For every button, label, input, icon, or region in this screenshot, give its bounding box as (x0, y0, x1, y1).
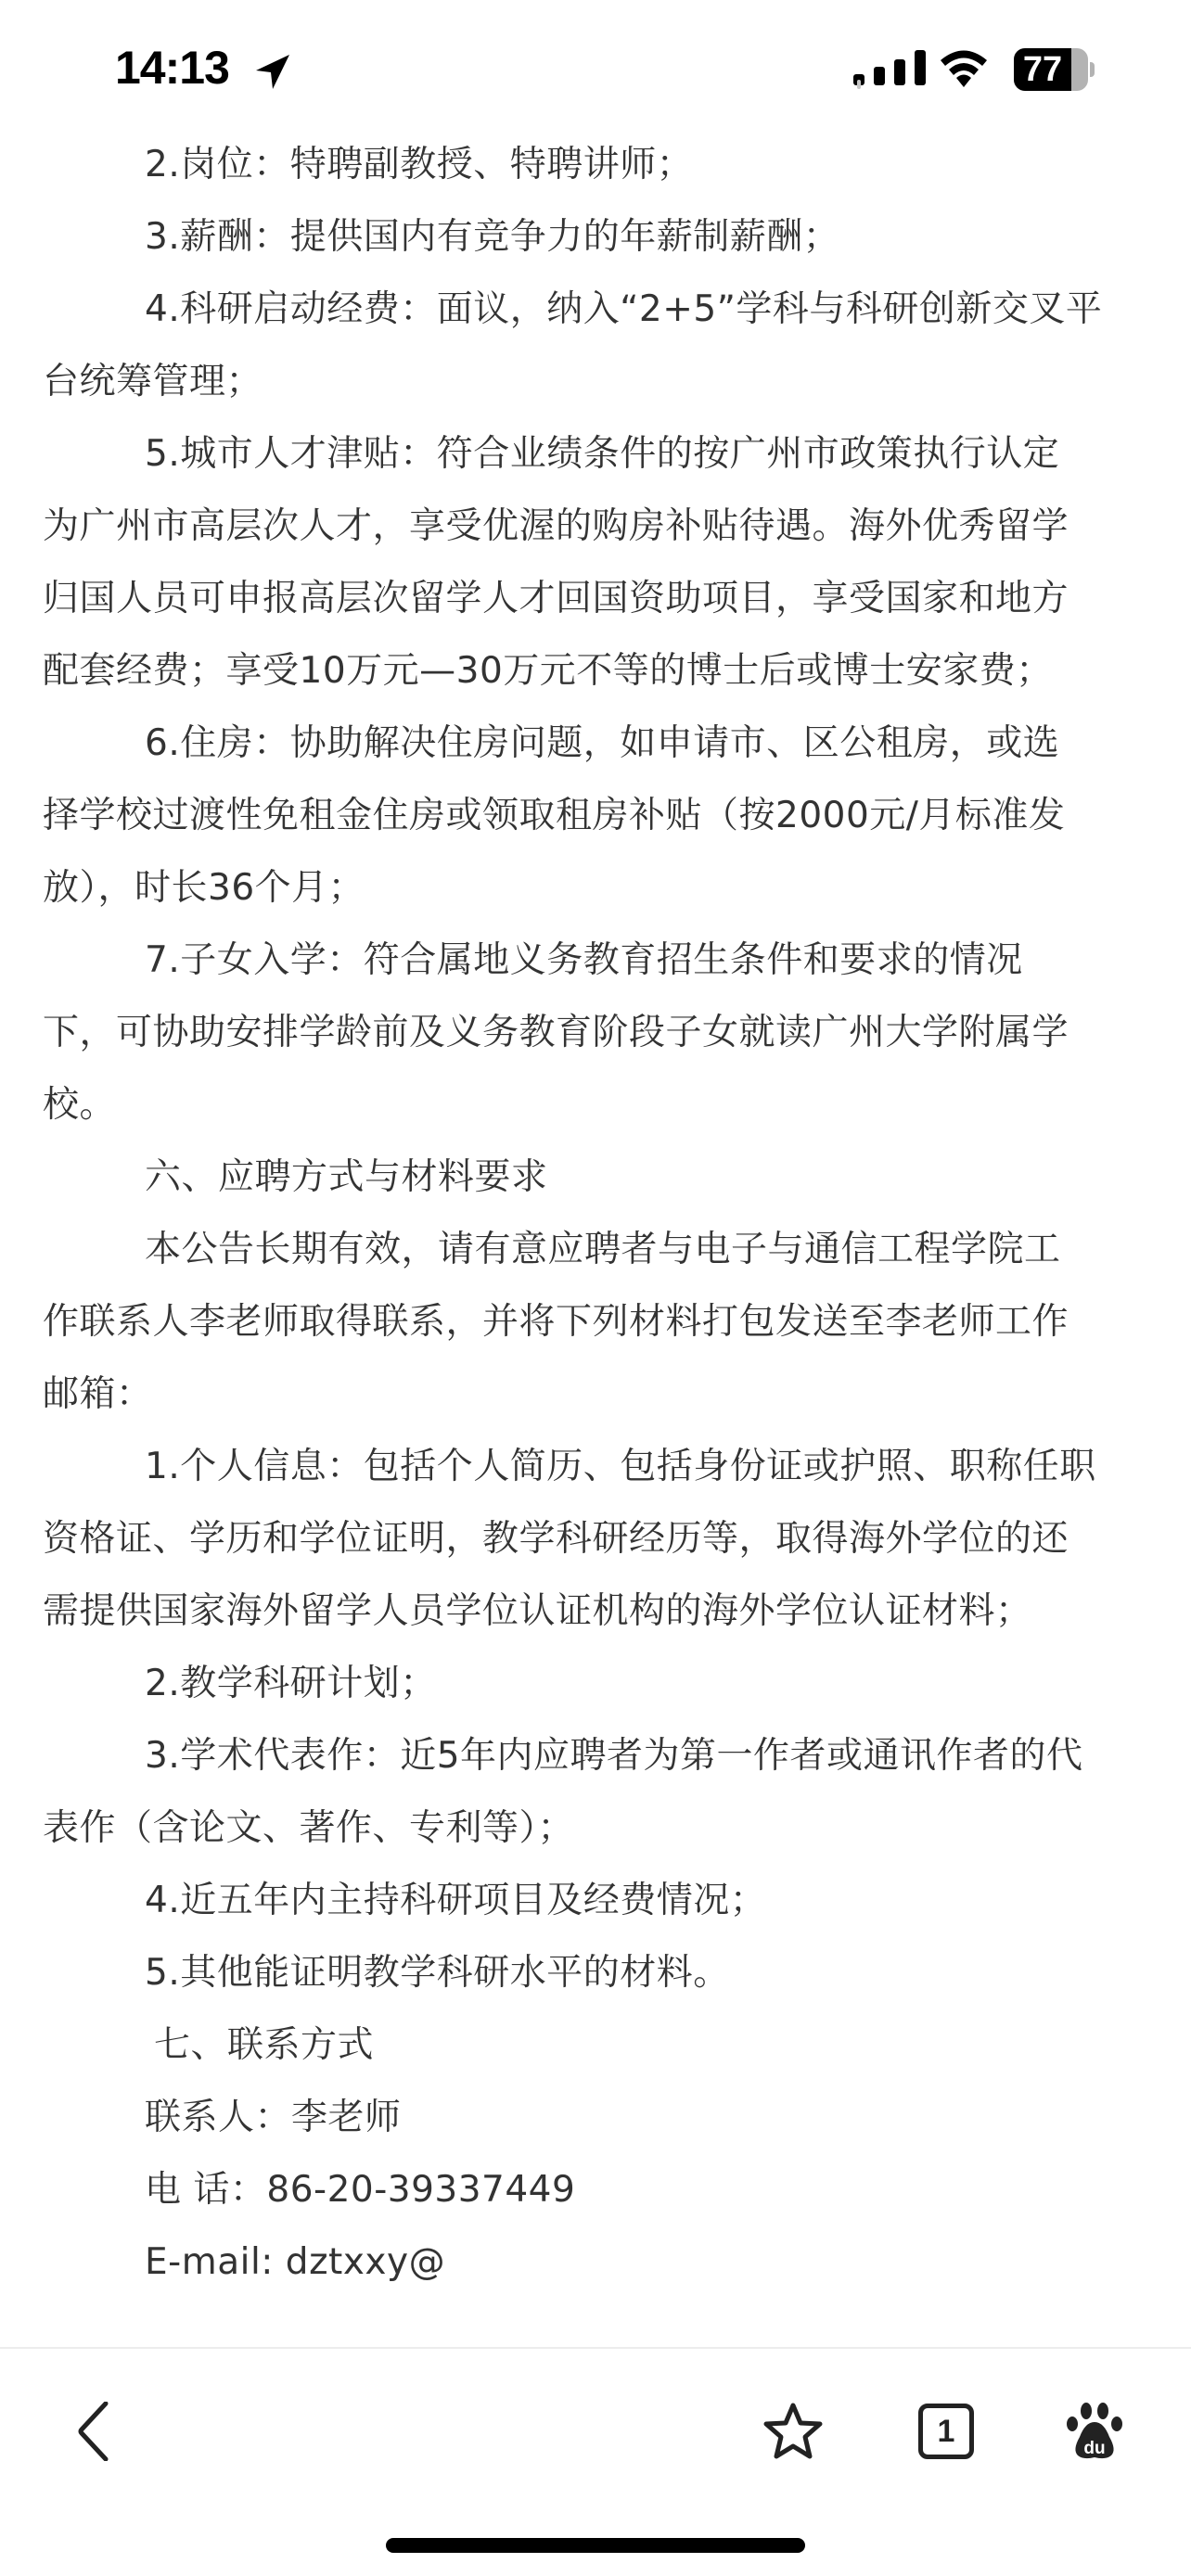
location-arrow-icon (252, 52, 293, 93)
article-line: 七、联系方式 (0, 2020, 1191, 2072)
article-line: 需提供国家海外留学人员学位认证机构的海外学位认证材料； (0, 1586, 1191, 1638)
tab-count: 1 (938, 2414, 955, 2450)
article-line: 六、应聘方式与材料要求 (0, 1152, 1191, 1204)
article-line: 4.科研启动经费：面议，纳入“2+5”学科与科研创新交叉平 (0, 284, 1191, 336)
article-line: 1.个人信息：包括个人简历、包括身份证或护照、职称任职 (0, 1441, 1191, 1493)
star-icon (762, 2402, 824, 2461)
status-bar: 14:13 77 (0, 0, 1191, 130)
article-line: 本公告长期有效，请有意应聘者与电子与通信工程学院工 (0, 1224, 1191, 1276)
article-line: 归国人员可申报高层次留学人才回国资助项目，享受国家和地方 (0, 573, 1191, 625)
article-line: 台统筹管理； (0, 356, 1191, 408)
bookmark-button[interactable] (751, 2390, 835, 2473)
wifi-icon (937, 46, 991, 89)
article-line: 作联系人李老师取得联系，并将下列材料打包发送至李老师工作 (0, 1296, 1191, 1348)
tabs-button[interactable]: 1 (904, 2390, 988, 2473)
article-line: 邮箱： (0, 1369, 1191, 1421)
article-line: 4.近五年内主持科研项目及经费情况； (0, 1875, 1191, 1927)
baidu-paw-icon: du (1065, 2402, 1124, 2461)
article-line: 电 话：86-20-39337449 (0, 2164, 1191, 2216)
article-line: 5.其他能证明教学科研水平的材料。 (0, 1947, 1191, 1999)
chevron-left-icon (74, 2402, 111, 2461)
article-line: 5.城市人才津贴：符合业绩条件的按广州市政策执行认定 (0, 428, 1191, 480)
battery-icon: 77 (1014, 48, 1094, 91)
article-line: 校。 (0, 1079, 1191, 1131)
tab-count-icon: 1 (918, 2404, 974, 2459)
article-line: 择学校过渡性免租金住房或领取租房补贴（按2000元/月标准发 (0, 790, 1191, 842)
battery-percent: 77 (1014, 48, 1071, 91)
article-line: 下，可协助安排学龄前及义务教育阶段子女就读广州大学附属学 (0, 1007, 1191, 1059)
cellular-signal-icon (853, 48, 933, 91)
article-line: 2.教学科研计划； (0, 1658, 1191, 1710)
article-line: 资格证、学历和学位证明，教学科研经历等，取得海外学位的还 (0, 1513, 1191, 1565)
home-indicator[interactable] (386, 2538, 805, 2553)
article-line: 表作（含论文、著作、专利等）； (0, 1803, 1191, 1855)
article-line: 6.住房：协助解决住房问题，如申请市、区公租房，或选 (0, 718, 1191, 770)
back-button[interactable] (56, 2390, 130, 2473)
baidu-button[interactable]: du (1053, 2390, 1136, 2473)
article-line: 2.岗位：特聘副教授、特聘讲师； (0, 139, 1191, 191)
article-line: 放），时长36个月； (0, 862, 1191, 914)
article-line: 3.学术代表作：近5年内应聘者为第一作者或通讯作者的代 (0, 1730, 1191, 1782)
article-line: E-mail: dztxxy@ (0, 2237, 1191, 2289)
status-time: 14:13 (115, 41, 229, 95)
article-line: 为广州市高层次人才，享受优渥的购房补贴待遇。海外优秀留学 (0, 501, 1191, 553)
article-line: 7.子女入学：符合属地义务教育招生条件和要求的情况 (0, 935, 1191, 987)
article-line: 3.薪酬：提供国内有竞争力的年薪制薪酬； (0, 211, 1191, 263)
article-line: 配套经费；享受10万元—30万元不等的博士后或博士安家费； (0, 645, 1191, 697)
svg-text:du: du (1083, 2439, 1105, 2458)
article-line: 联系人：李老师 (0, 2092, 1191, 2144)
browser-screen: 14:13 77 2.岗位：特聘副教授、特聘讲师；3.薪酬：提供国内有竞争力的年… (0, 0, 1191, 2576)
